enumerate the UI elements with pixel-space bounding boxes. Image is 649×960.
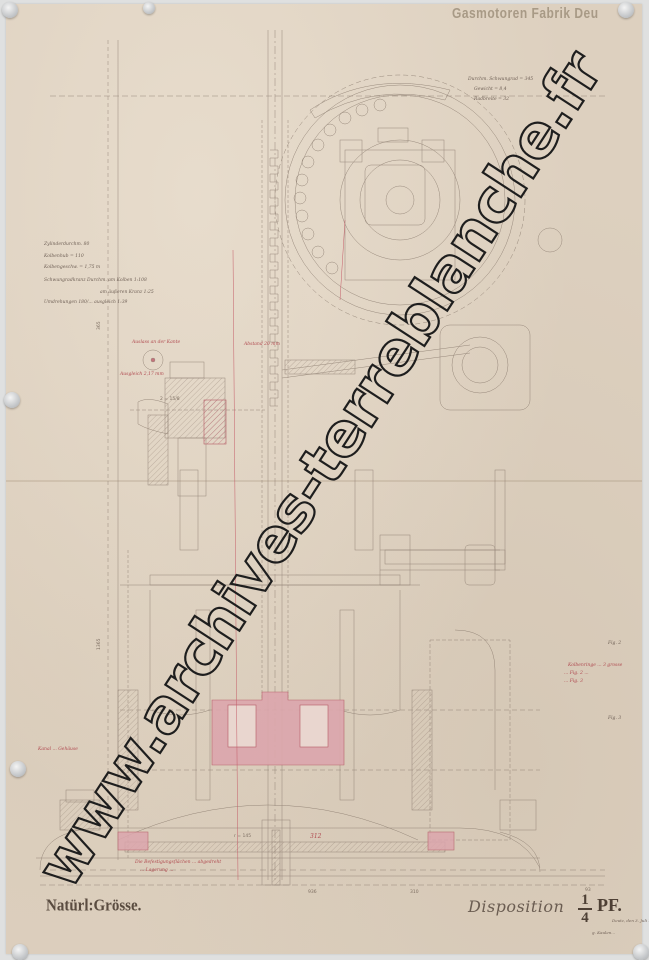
spec-line-1: Zylinderdurchm. 80	[44, 242, 89, 247]
signature-date: Deutz, den 3. Juli 18..	[612, 918, 649, 923]
fig-3-label: Fig. 3	[608, 716, 621, 721]
base-note-2: ... Lagerung ...	[140, 868, 174, 873]
spec-line-6: Umdrehungen 180/... ausgleich 1:39	[44, 300, 127, 305]
flywheel-spec-2: Gewicht = 8,4	[474, 87, 507, 92]
spec-line-3: Kolbengeschw. = 1,75 m	[44, 265, 100, 270]
signature-name: g. Kaulen...	[592, 930, 615, 935]
spec-line-4: Schwungradkranz Durchm. am Kolben 1:108	[44, 278, 147, 283]
red-note-balance: Ausgleich 2,17 mm	[120, 372, 164, 377]
piston-ring-note-1: Kolbenringe ... 3 grosse	[568, 663, 622, 668]
fraction-denominator: 4	[578, 911, 592, 925]
base-note-1: Die Befestigungsflächen ... abgedreht	[135, 860, 221, 865]
flywheel-spec-1: Durchm. Schwungrad = 345	[468, 77, 533, 82]
svg-text:r = 145: r = 145	[234, 833, 251, 839]
red-note-distance: Abstand 20 mm	[244, 342, 280, 347]
spec-line-2: Kolbenhub = 110	[44, 254, 84, 259]
left-margin-note: Kanal ... Gehäuse	[38, 747, 78, 752]
svg-text:1365: 1365	[96, 638, 102, 650]
fig-2-label: Fig. 2	[608, 641, 621, 646]
fraction-numerator: 1	[578, 893, 592, 907]
engine-drawing: 936 310 93 1365 365 r = 145 2 = 15/8 312	[0, 0, 649, 960]
red-note-outlet: Auslass an der Kante	[132, 340, 180, 345]
piston-ring-note-2: ... Fig. 2 ...	[564, 671, 589, 676]
spec-line-5: am äußeren Kranz 1:25	[100, 290, 154, 295]
flywheel-spec-3: Radbreite = 32	[474, 97, 509, 102]
dim-bottom-right: 310	[410, 889, 419, 895]
header-stamp: Gasmotoren Fabrik Deu	[452, 5, 599, 22]
model-suffix: PF.	[597, 895, 622, 916]
piston-ring-note-3: ... Fig. 3	[564, 679, 583, 684]
svg-text:2 = 15/8: 2 = 15/8	[160, 396, 180, 402]
dim-bottom-overall: 936	[308, 889, 317, 895]
scale-fraction: 1 4	[578, 893, 592, 925]
svg-text:365: 365	[96, 321, 102, 330]
scale-label: Natürl:Grösse.	[46, 897, 141, 917]
sheet-title: Disposition	[468, 897, 564, 916]
svg-text:312: 312	[310, 833, 322, 840]
